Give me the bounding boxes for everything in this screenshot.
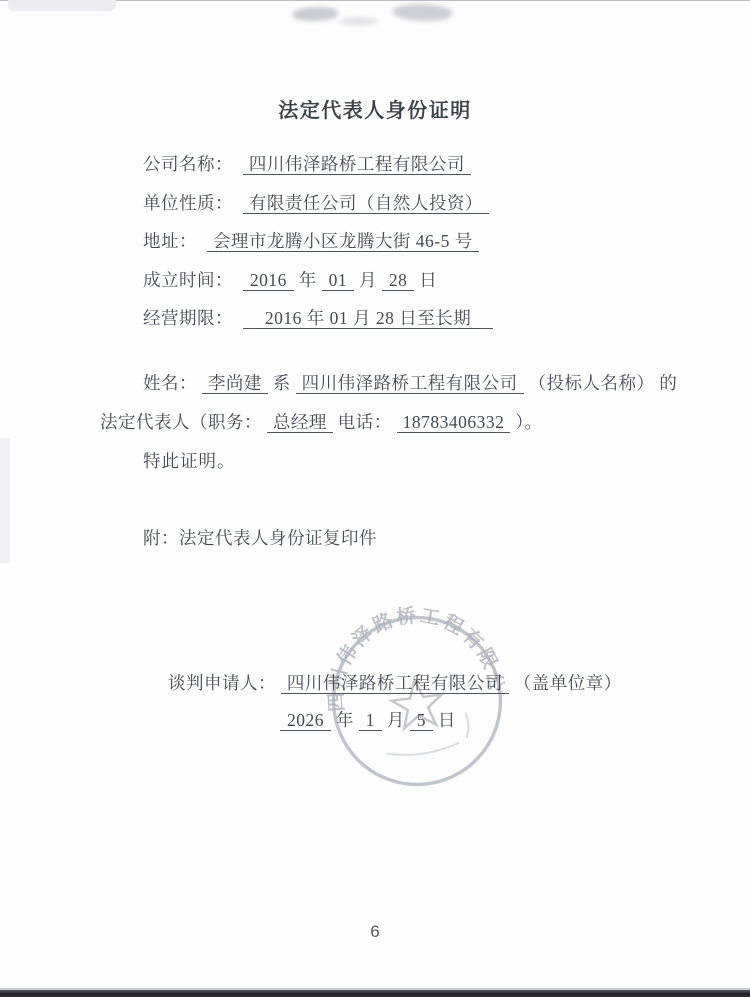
company-name-underlined: 四川伟泽路桥工程有限公司: [296, 373, 524, 394]
founded-year: 2016: [243, 270, 294, 291]
year-unit: 年: [299, 270, 317, 290]
founded-month: 01: [322, 270, 355, 291]
company-info-fields: 公司名称： 四川伟泽路桥工程有限公司 单位性质： 有限责任公司（自然人投资） 地…: [143, 153, 493, 346]
statement-line-1: 姓名： 李尚建 系 四川伟泽路桥工程有限公司 （投标人名称） 的: [100, 372, 680, 394]
phone-value: 18783406332: [397, 412, 511, 433]
closing-statement: 特此证明。: [100, 450, 680, 472]
field-value-underlined: 会理市龙腾小区龙腾大街 46-5 号: [207, 231, 479, 252]
document-title: 法定代表人身份证明: [0, 94, 750, 123]
scan-artifact: [0, 438, 10, 563]
field-label: 成立时间：: [143, 270, 233, 290]
scan-artifact: [292, 7, 338, 21]
field-founding-date: 成立时间： 2016 年 01 月 28 日: [143, 269, 493, 291]
scan-edge-bottom: [0, 990, 750, 997]
field-address: 地址： 会理市龙腾小区龙腾大街 46-5 号: [143, 230, 493, 252]
scan-artifact: [392, 4, 452, 21]
seal-instruction: （盖单位章）: [514, 673, 622, 693]
date-month: 1: [359, 710, 382, 731]
phone-label: 电话：: [338, 412, 392, 432]
field-company-name: 公司名称： 四川伟泽路桥工程有限公司: [143, 153, 493, 175]
seal-arc-text: 四川伟泽路桥工程有限公司: [309, 593, 508, 717]
month-unit: 月: [387, 710, 405, 730]
field-label: 公司名称：: [143, 154, 233, 174]
statement-line-2: 法定代表人（职务： 总经理 电话： 18783406332 ）。: [100, 411, 680, 433]
seal-lower-marks: [463, 712, 470, 737]
day-unit: 日: [438, 710, 456, 730]
seal-lower-marks: [386, 743, 460, 758]
scanned-document-page: 法定代表人身份证明 公司名称： 四川伟泽路桥工程有限公司 单位性质： 有限责任公…: [0, 0, 750, 1000]
page-number: 6: [0, 922, 750, 942]
founded-day: 28: [382, 270, 415, 291]
position-value: 总经理: [267, 412, 333, 433]
applicant-line: 谈判申请人： 四川伟泽路桥工程有限公司 （盖单位章）: [168, 672, 622, 694]
field-value-underlined: 2016 年 01 月 28 日至长期: [243, 308, 493, 329]
day-unit: 日: [419, 270, 437, 290]
bidder-name-note: （投标人名称） 的: [529, 373, 678, 393]
date-day: 5: [410, 710, 433, 731]
connector: 系: [273, 373, 291, 393]
field-label: 单位性质：: [143, 193, 233, 213]
field-value-underlined: 有限责任公司（自然人投资）: [243, 193, 489, 214]
applicant-company-underlined: 四川伟泽路桥工程有限公司: [281, 673, 509, 694]
scan-artifact: [8, 0, 116, 11]
field-label: 经营期限：: [143, 308, 233, 328]
month-unit: 月: [359, 270, 377, 290]
field-label: 地址：: [143, 231, 197, 251]
field-value-underlined: 四川伟泽路桥工程有限公司: [243, 154, 471, 175]
field-business-term: 经营期限： 2016 年 01 月 28 日至长期: [143, 307, 493, 329]
attachment-note: 附：法定代表人身份证复印件: [143, 527, 377, 549]
line-suffix: ）。: [515, 412, 542, 432]
date-year: 2026: [280, 710, 331, 731]
legal-rep-prefix: 法定代表人（职务：: [100, 412, 262, 432]
legal-rep-name: 李尚建: [202, 373, 268, 394]
statement-paragraph: 姓名： 李尚建 系 四川伟泽路桥工程有限公司 （投标人名称） 的 法定代表人（职…: [100, 372, 680, 489]
company-seal-stamp: 四川伟泽路桥工程有限公司: [309, 593, 525, 809]
seal-ring: [324, 608, 510, 794]
field-company-nature: 单位性质： 有限责任公司（自然人投资）: [143, 192, 493, 214]
name-label: 姓名：: [143, 373, 197, 393]
year-unit: 年: [336, 710, 354, 730]
applicant-label: 谈判申请人：: [168, 673, 276, 693]
signature-date-line: 2026 年 1 月 5 日: [280, 709, 456, 731]
scan-artifact: [338, 17, 378, 26]
